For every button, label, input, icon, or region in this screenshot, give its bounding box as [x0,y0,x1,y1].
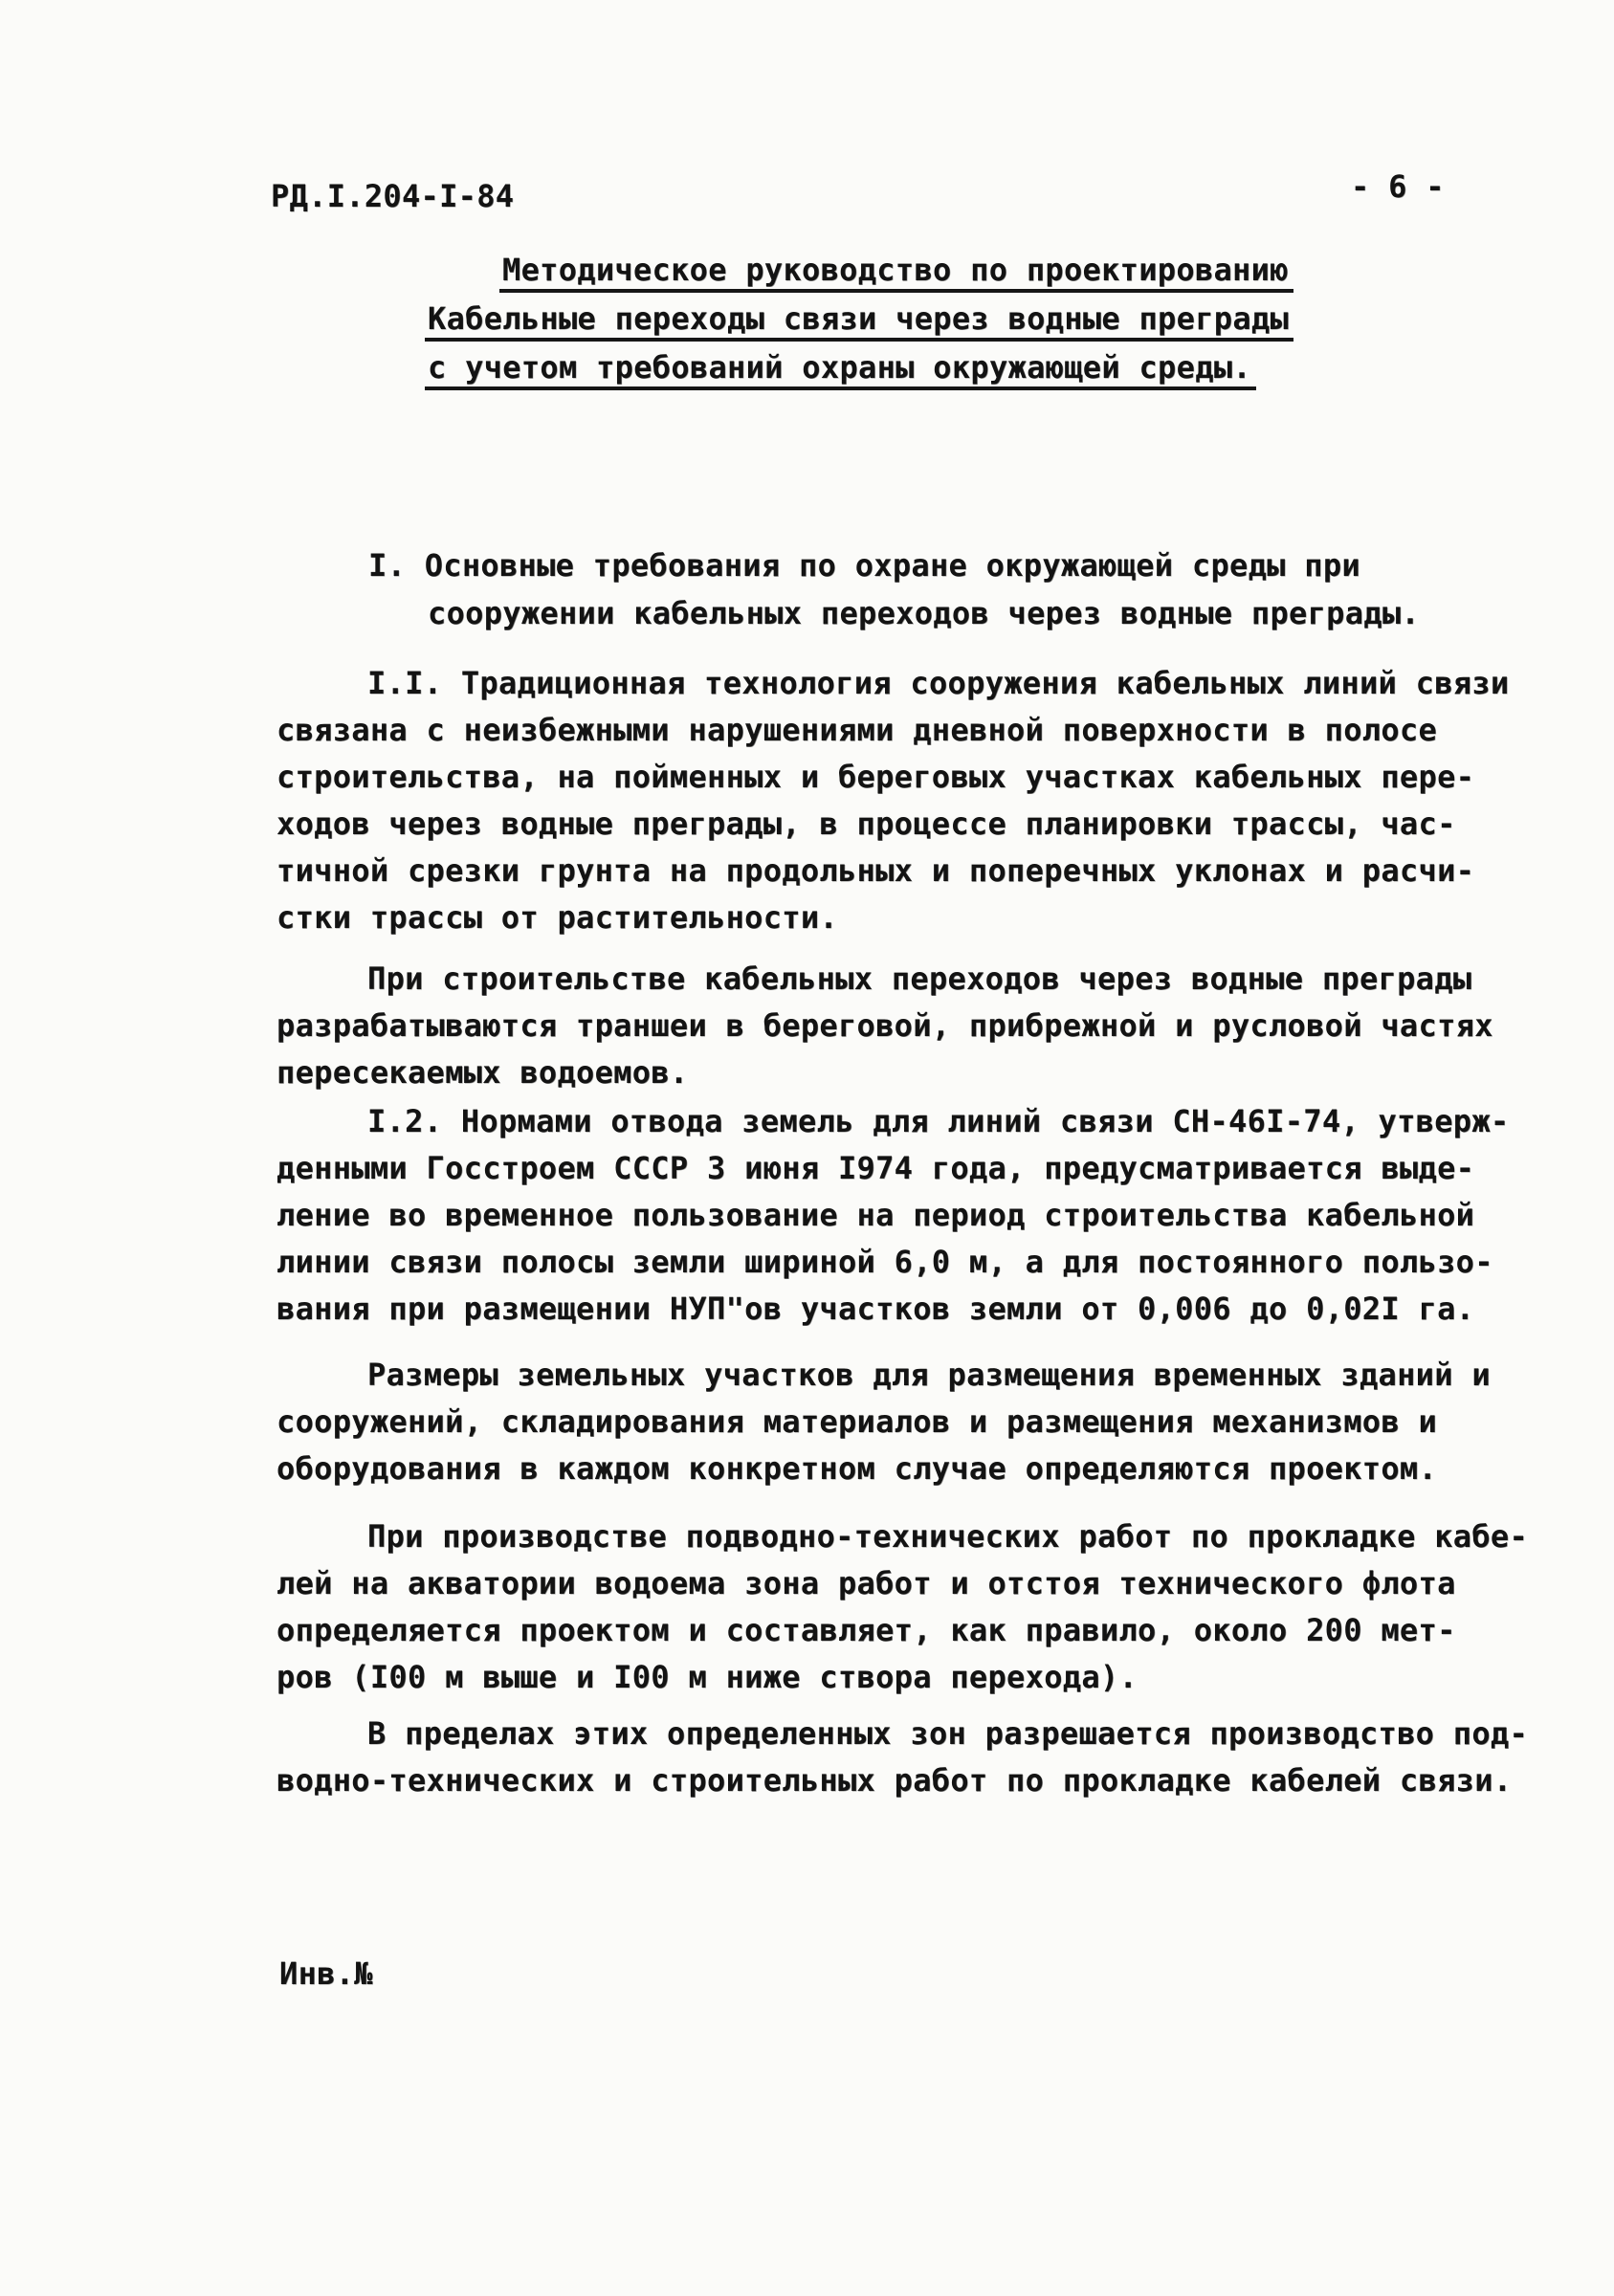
paragraph: В пределах этих определенных зон разреша… [276,1711,1528,1804]
section-heading-line-2: сооружении кабельных переходов через вод… [428,589,1420,637]
paragraph-line: разрабатываются траншеи в береговой, при… [276,1003,1528,1049]
paragraph: При производстве подводно-технических ра… [276,1513,1528,1701]
title-line-3: с учетом требований охраны окружающей ср… [425,350,1256,390]
paragraph-line: определяется проектом и составляет, как … [276,1607,1528,1654]
paragraph-line: ление во временное пользование на период… [276,1192,1528,1239]
paragraph-line: пересекаемых водоемов. [276,1049,1528,1096]
paragraph-line: стки трассы от растительности. [276,894,1528,941]
page-number: - 6 - [1351,168,1445,205]
paragraph: Размеры земельных участков для размещени… [276,1352,1528,1492]
section-heading: I. Основные требования по охране окружаю… [368,541,1420,637]
paragraph-line: сооружений, складирования материалов и р… [276,1399,1528,1446]
title-line-1: Методическое руководство по проектирован… [499,253,1293,293]
section-heading-line-1: I. Основные требования по охране окружаю… [368,541,1420,589]
paragraph-line: денными Госстроем СССР 3 июня I974 года,… [276,1145,1528,1192]
paragraph-line: оборудования в каждом конкретном случае … [276,1446,1528,1492]
paragraph-line: При производстве подводно-технических ра… [367,1513,1528,1560]
paragraph-line: тичной срезки грунта на продольных и поп… [276,848,1528,894]
inventory-number-label: Инв.№ [279,1955,373,1992]
paragraph: При строительстве кабельных переходов че… [276,956,1528,1096]
paragraph-line: связана с неизбежными нарушениями дневно… [276,707,1528,754]
paragraph-line: I.2. Нормами отвода земель для линий свя… [367,1098,1528,1145]
document-title: Методическое руководство по проектирован… [425,253,1293,399]
paragraph-line: В пределах этих определенных зон разреша… [367,1711,1528,1757]
paragraph-line: I.I. Традиционная технология сооружения … [367,660,1528,707]
paragraph-line: водно-технических и строительных работ п… [276,1757,1528,1804]
document-page: РД.I.204-I-84 - 6 - Методическое руковод… [0,0,1614,2296]
paragraph-line: Размеры земельных участков для размещени… [367,1352,1528,1399]
paragraph-line: вания при размещении НУП"ов участков зем… [276,1286,1528,1333]
doc-number: РД.I.204-I-84 [271,178,514,214]
paragraph-line: лей на акватории водоема зона работ и от… [276,1560,1528,1607]
title-line-2: Кабельные переходы связи через водные пр… [425,301,1293,342]
paragraph-line: строительства, на пойменных и береговых … [276,754,1528,801]
paragraph-line: ходов через водные преграды, в процессе … [276,801,1528,848]
paragraph-line: ров (I00 м выше и I00 м ниже створа пере… [276,1654,1528,1701]
paragraph-line: При строительстве кабельных переходов че… [367,956,1528,1003]
paragraph: I.2. Нормами отвода земель для линий свя… [276,1098,1528,1333]
paragraph-line: линии связи полосы земли шириной 6,0 м, … [276,1239,1528,1286]
paragraph: I.I. Традиционная технология сооружения … [276,660,1528,941]
body-text: I.I. Традиционная технология сооружения … [276,660,1528,1804]
